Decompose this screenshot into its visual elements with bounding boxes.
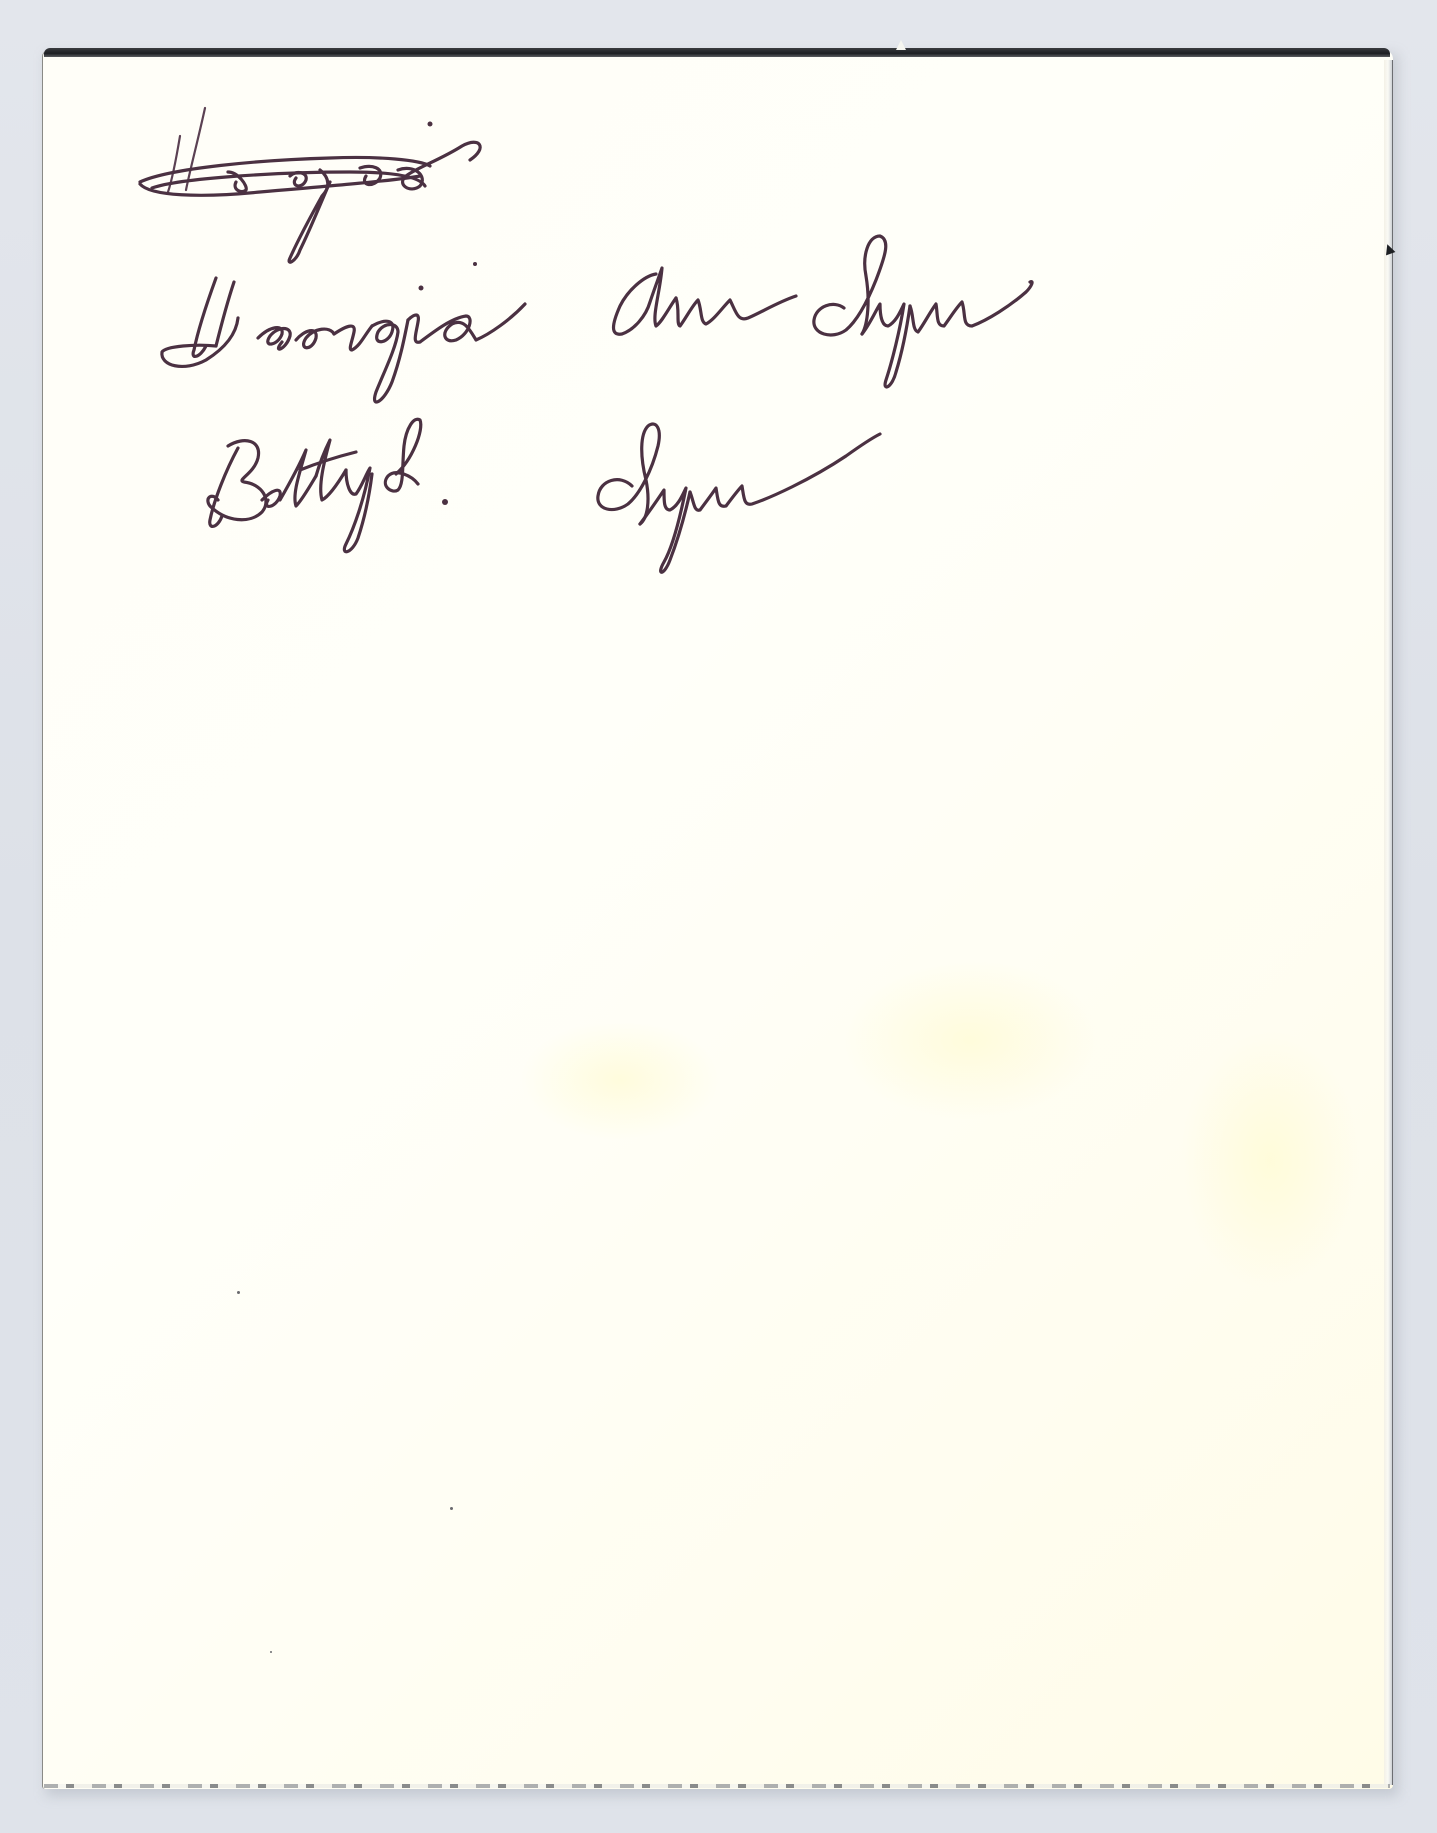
signature-crossed-out-georgia <box>140 108 480 266</box>
signature-betty-l-lynn <box>208 419 880 572</box>
handwriting <box>0 0 1437 1833</box>
